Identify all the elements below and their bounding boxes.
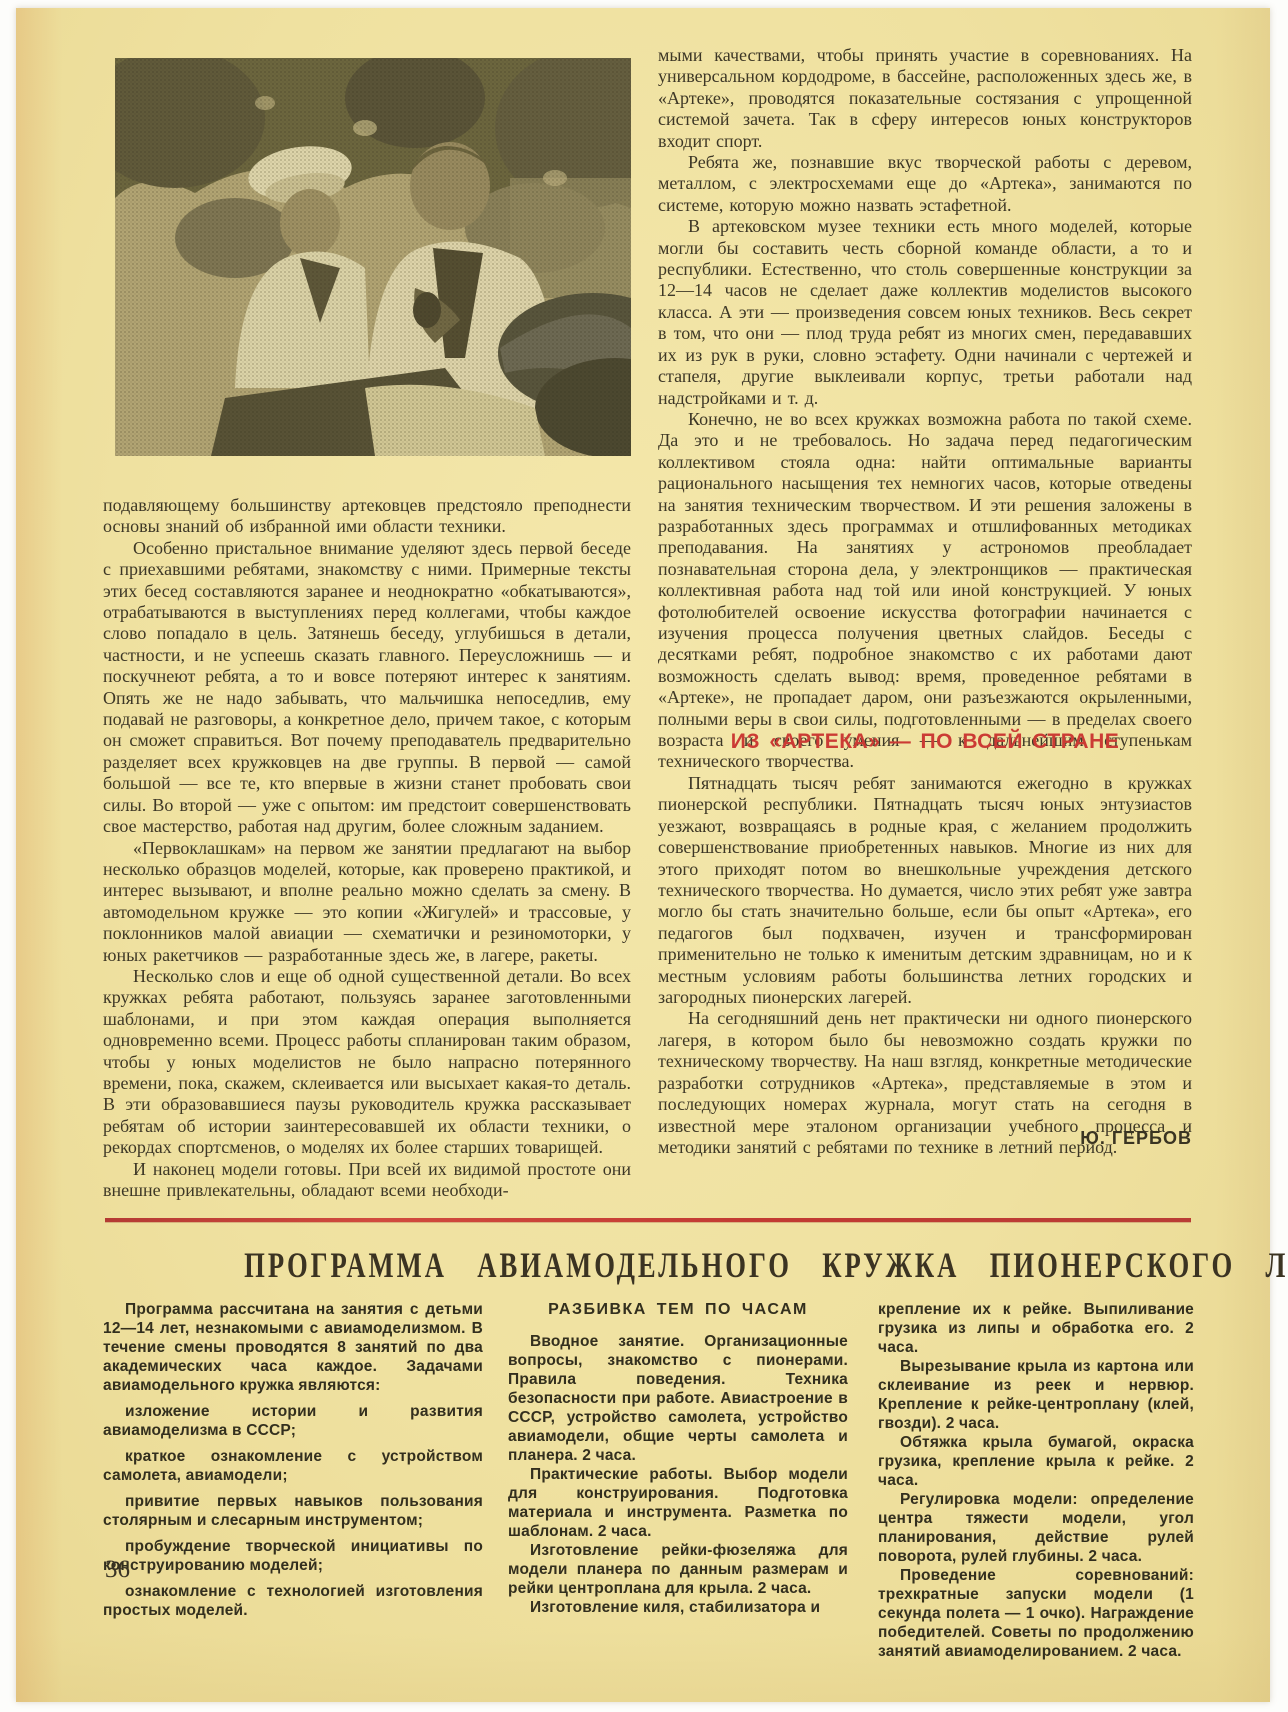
paragraph: Ребята же, познавшие вкус творческой раб… (658, 152, 1192, 216)
author-byline: Ю. ГЕРБОВ (658, 1128, 1192, 1149)
paragraph: Вырезывание крыла из картона или склеива… (878, 1357, 1194, 1433)
magazine-page-scan: { "colors": { "accent_red": "#cb3b34", "… (0, 0, 1288, 1712)
paper-sheet: подавляющему большинству артековцев пред… (16, 8, 1270, 1702)
paragraph: мыми качествами, чтобы принять участие в… (658, 45, 1192, 152)
article-photo (115, 58, 631, 456)
paragraph: пробуждение творческой инициативы по кон… (103, 1537, 483, 1575)
article-right-column-bottom: Пятнадцать тысяч ребят занимаются ежегод… (658, 773, 1192, 1158)
article-left-column: подавляющему большинству артековцев пред… (103, 495, 631, 1201)
paragraph: Практические работы. Выбор модели для ко… (508, 1465, 848, 1541)
photo-illustration (115, 58, 631, 456)
paragraph: краткое ознакомление с устройством самол… (103, 1447, 483, 1485)
paragraph: Программа рассчитана на занятия с детьми… (103, 1300, 483, 1395)
paragraph: В артековском музее техники есть много м… (658, 216, 1192, 409)
paragraph: привитие первых навыков пользования стол… (103, 1492, 483, 1530)
page-number: 36 (105, 1556, 130, 1584)
article-right-column-top: мыми качествами, чтобы принять участие в… (658, 45, 1192, 773)
paragraph: ознакомление с технологией изготовления … (103, 1582, 483, 1620)
paragraph: Конечно, не во всех кружках возможна раб… (658, 409, 1192, 773)
paragraph: крепление их к рейке. Выпиливание грузик… (878, 1300, 1194, 1357)
paragraph: Изготовление киля, стабилизатора и (508, 1598, 848, 1617)
paragraph: Обтяжка крыла бумагой, окраска грузика, … (878, 1433, 1194, 1490)
program-schedule-column-1: РАЗБИВКА ТЕМ ПО ЧАСАМ Вводное занятие. О… (508, 1300, 848, 1617)
program-section-title: ПРОГРАММА АВИАМОДЕЛЬНОГО КРУЖКА ПИОНЕРСК… (244, 1244, 1048, 1286)
paragraph: Вводное занятие. Организационные вопросы… (508, 1332, 848, 1465)
paragraph: изложение истории и развития авиамоделиз… (103, 1402, 483, 1440)
paragraph: подавляющему большинству артековцев пред… (103, 495, 631, 538)
paragraph: И наконец модели готовы. При всей их вид… (103, 1159, 631, 1202)
section-divider-rule (105, 1218, 1191, 1222)
section-heading: ИЗ «АРТЕКА» — ПО ВСЕЙ СТРАНЕ (658, 730, 1192, 754)
program-intro-column: Программа рассчитана на занятия с детьми… (103, 1300, 483, 1620)
paragraph: Особенно пристальное внимание уделяют зд… (103, 538, 631, 838)
paragraph: Несколько слов и еще об одной существенн… (103, 966, 631, 1159)
schedule-heading: РАЗБИВКА ТЕМ ПО ЧАСАМ (508, 1300, 848, 1319)
paragraph: «Первоклашкам» на первом же занятии пред… (103, 838, 631, 966)
paragraph: Проведение соревнований: трехкратные зап… (878, 1566, 1194, 1661)
paragraph: Изготовление рейки-фюзеляжа для модели п… (508, 1541, 848, 1598)
paragraph: Регулировка модели: определение центра т… (878, 1490, 1194, 1566)
paragraph: Пятнадцать тысяч ребят занимаются ежегод… (658, 773, 1192, 1008)
program-schedule-column-2: крепление их к рейке. Выпиливание грузик… (878, 1300, 1194, 1661)
schedule-column-1-text: Вводное занятие. Организационные вопросы… (508, 1332, 848, 1617)
